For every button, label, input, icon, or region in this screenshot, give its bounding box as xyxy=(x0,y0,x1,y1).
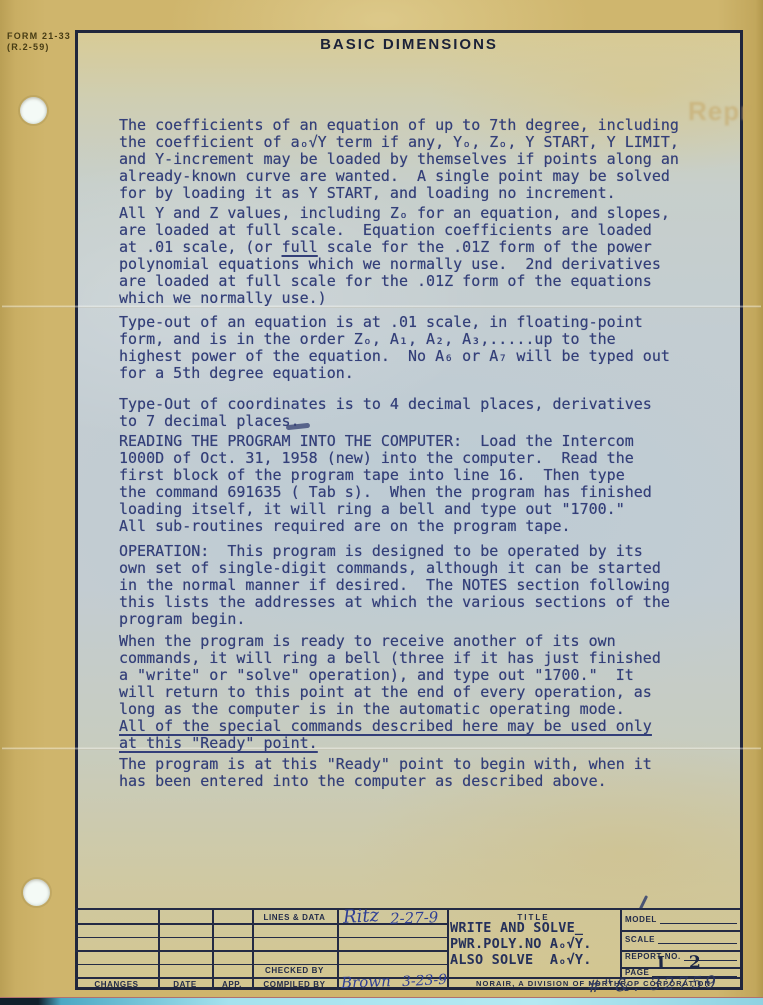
form-number: FORM 21-33 (R.2-59) xyxy=(7,31,71,53)
model-label: MODEL xyxy=(625,915,657,924)
page-title: BASIC DIMENSIONS xyxy=(75,36,743,53)
paragraph-ready-point: When the program is ready to receive ano… xyxy=(119,633,711,752)
date-column-label: DATE xyxy=(158,980,212,989)
title-line-3: ALSO SOLVE Aₒ√Y. xyxy=(450,952,592,968)
paragraph-typeout-coordinates: Type-Out of coordinates is to 4 decimal … xyxy=(119,396,711,430)
table-rule xyxy=(75,977,447,979)
paragraph-reading-program: READING THE PROGRAM INTO THE COMPUTER: L… xyxy=(119,433,711,535)
paragraph-typeout-equation: Type-out of an equation is at .01 scale,… xyxy=(119,314,711,382)
handwritten-note: #"&. 32759 xyxy=(587,973,720,998)
punch-hole-top xyxy=(20,97,47,124)
scan-edge-strip xyxy=(0,997,763,1005)
lines-data-label: LINES & DATA xyxy=(252,913,337,922)
model-blank-line xyxy=(660,913,737,924)
paragraph-scales-underlined: full xyxy=(282,238,318,256)
paragraph-operation: OPERATION: This program is designed to b… xyxy=(119,543,711,628)
table-rule xyxy=(620,930,740,932)
compiled-by-label: COMPILED BY xyxy=(252,980,337,989)
lines-data-date: 2-27-9 xyxy=(390,908,439,928)
lines-data-signature: Ritz xyxy=(342,905,379,928)
scale-label: SCALE xyxy=(625,935,655,944)
table-rule xyxy=(75,937,447,939)
title-line-1: WRITE AND SOLVE_ xyxy=(450,920,583,936)
paragraph-ready-underlined: All of the special commands described he… xyxy=(119,717,652,752)
compiled-by-signature: Brown xyxy=(341,972,391,992)
table-rule xyxy=(75,964,447,966)
paragraph-scales: All Y and Z values, including Zₒ for an … xyxy=(119,205,711,307)
scale-blank-line xyxy=(658,933,737,944)
paragraph-begin-with: The program is at this "Ready" point to … xyxy=(119,756,711,790)
compiled-by-date: 3-23-9 xyxy=(402,972,448,990)
page-number-handwritten: I 2 xyxy=(657,953,710,974)
scanned-document-page: { "form": { "form_number": "FORM 21-33\n… xyxy=(0,0,763,1005)
changes-column-label: CHANGES xyxy=(75,980,158,989)
title-line-2: PWR.POLY.NO Aₒ√Y. xyxy=(450,936,592,952)
table-rule xyxy=(75,950,447,952)
paragraph-ready-pre: When the program is ready to receive ano… xyxy=(119,632,661,718)
punch-hole-bottom xyxy=(23,879,50,906)
paragraph-coefficients: The coefficients of an equation of up to… xyxy=(119,117,711,202)
approved-column-label: APP. xyxy=(212,980,252,989)
checked-by-label: CHECKED BY xyxy=(252,966,337,975)
